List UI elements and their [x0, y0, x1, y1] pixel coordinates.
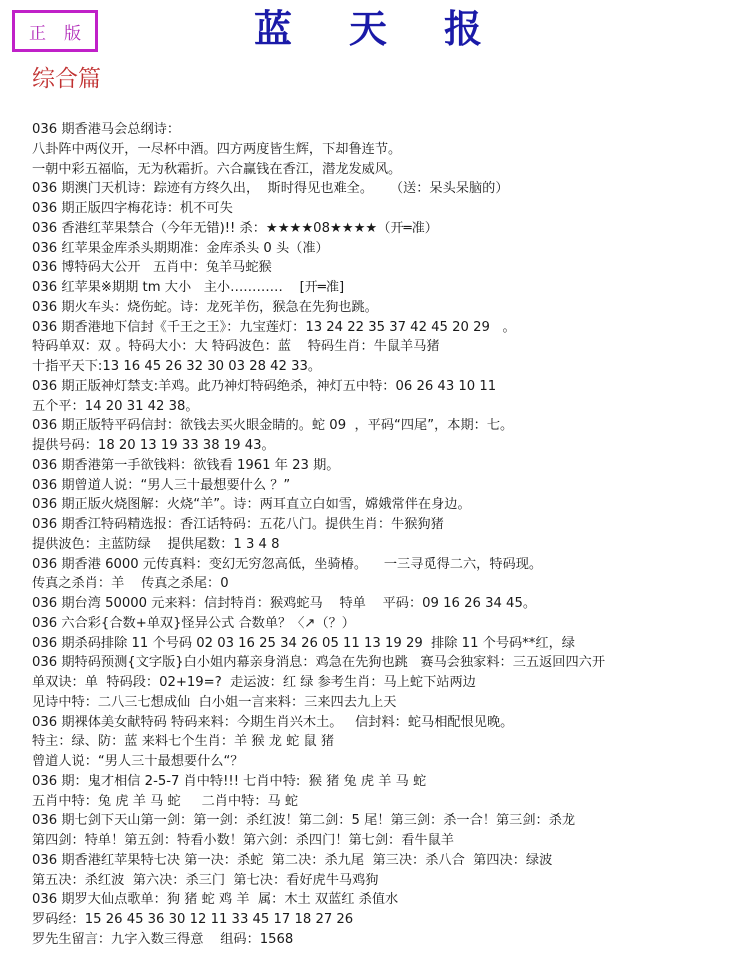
badge-char-right: 版 [64, 19, 81, 44]
masthead-char: 蓝 [248, 6, 298, 52]
text-line: 036 期香港 6000 元传真料：变幻无穷忽高低，坐骑椿。 一三寻觅得二六，特… [32, 555, 738, 575]
text-line: 036 期香港地下信封《千王之王》：九宝莲灯：13 24 22 35 37 42… [32, 318, 738, 338]
article-body: 036 期香港马会总纲诗：八卦阵中两仪开，一尽杯中酒。四方两度皆生辉，下却鲁连节… [32, 120, 738, 950]
text-line: 036 期正版特平码信封：欲钱去买火眼金睛的。蛇 09 ，平码“四尾”，本期：七… [32, 416, 738, 436]
text-line: 传真之杀肖：羊 传真之杀尾：0 [32, 574, 738, 594]
text-line: 036 博特码大公开 五肖中：兔羊马蛇猴 [32, 258, 738, 278]
text-line: 036 期特码预测{文字版}白小姐内幕亲身消息：鸡急在先狗也跳 赛马会独家料：三… [32, 653, 738, 673]
text-line: 提供波色：主蓝防绿 提供尾数：1 3 4 8 [32, 535, 738, 555]
text-line: 036 期正版神灯禁支:羊鸡。此乃神灯特码绝杀，神灯五中特：06 26 43 1… [32, 377, 738, 397]
badge-char-left: 正 [29, 19, 46, 44]
text-line: 036 香港红苹果禁合（今年无错)!! 杀：★★★★08★★★★（开═准） [32, 219, 738, 239]
text-line: 036 期澳门天机诗：踪迹有方终久出， 斯时得见也难全。 （送：呆头呆脑的） [32, 179, 738, 199]
edition-badge: 正 版 [12, 10, 98, 52]
text-line: 八卦阵中两仪开，一尽杯中酒。四方两度皆生辉，下却鲁连节。 [32, 140, 738, 160]
text-line: 一朝中彩五福临，无为秋霜折。六合赢钱在香江，潜龙发威风。 [32, 160, 738, 180]
text-line: 五肖中特：兔 虎 羊 马 蛇 二肖中特：马 蛇 [32, 792, 738, 812]
text-line: 036 期香港红苹果特七决 第一决：杀蛇 第二决：杀九尾 第三决：杀八合 第四决… [32, 851, 738, 871]
text-line: 第五决：杀红波 第六决：杀三门 第七决：看好虎牛马鸡狗 [32, 871, 738, 891]
masthead-char: 天 [343, 6, 393, 52]
text-line: 036 期正版四字梅花诗：机不可失 [32, 199, 738, 219]
section-title: 综合篇 [32, 64, 101, 94]
text-line: 036 期火车头：烧伤蛇。诗：龙死羊伤，猴急在先狗也跳。 [32, 298, 738, 318]
text-line: 036 期罗大仙点歌单：狗 猪 蛇 鸡 羊 属：木土 双蓝红 杀值水 [32, 890, 738, 910]
text-line: 036 期香港第一手欲钱料：欲钱看 1961 年 23 期。 [32, 456, 738, 476]
text-line: 036 期裸体美女献特码 特码来料：今期生肖兴木土。 信封料：蛇马相配恨见晚。 [32, 713, 738, 733]
text-line: 036 六合彩{合数+单双}怪异公式 合数单？〈↗（？） [32, 614, 738, 634]
text-line: 十指平天下:13 16 45 26 32 30 03 28 42 33。 [32, 357, 738, 377]
text-line: 第四剑：特单！第五剑：特看小数！第六剑：杀四门！第七剑：看牛鼠羊 [32, 831, 738, 851]
text-line: 提供号码：18 20 13 19 33 38 19 43。 [32, 436, 738, 456]
text-line: 036 红苹果※期期 tm 大小 主小………… [开═准] [32, 278, 738, 298]
text-line: 036 红苹果金库杀头期期准：金库杀头 0 头（准） [32, 239, 738, 259]
text-line: 见诗中特：二八三七想成仙 白小姐一言来料：三来四去九上天 [32, 693, 738, 713]
text-line: 036 期杀码排除 11 个号码 02 03 16 25 34 26 05 11… [32, 634, 738, 654]
text-line: 罗先生留言：九字入数三得意 组码：1568 [32, 930, 738, 950]
text-line: 特主：绿、防：蓝 来料七个生肖：羊 猴 龙 蛇 鼠 猪 [32, 732, 738, 752]
text-line: 罗码经：15 26 45 36 30 12 11 33 45 17 18 27 … [32, 910, 738, 930]
text-line: 五个平：14 20 31 42 38。 [32, 397, 738, 417]
text-line: 单双诀：单 特码段：02+19=? 走运波：红 绿 参考生肖：马上蛇下站两边 [32, 673, 738, 693]
masthead-char: 报 [438, 6, 488, 52]
text-line: 036 期：鬼才相信 2-5-7 肖中特!!! 七肖中特: 猴 猪 兔 虎 羊 … [32, 772, 738, 792]
text-line: 036 期正版火烧图解：火烧“羊”。诗：两耳直立白如雪，嫦娥常伴在身边。 [32, 495, 738, 515]
text-line: 曾道人说：“男人三十最想要什么“？ [32, 752, 738, 772]
text-line: 036 期香江特码精选报：香江话特码：五花八门。提供生肖：牛猴狗猪 [32, 515, 738, 535]
masthead-title: 蓝 天 报 [248, 6, 488, 52]
text-line: 036 期香港马会总纲诗： [32, 120, 738, 140]
text-line: 036 期台湾 50000 元来料：信封特肖：猴鸡蛇马 特单 平码：09 16 … [32, 594, 738, 614]
text-line: 036 期七剑下天山第一剑：第一剑：杀红波！第二剑：5 尾！第三剑：杀一合！第三… [32, 811, 738, 831]
text-line: 036 期曾道人说：“男人三十最想要什么 ？” [32, 476, 738, 496]
text-line: 特码单双：双 。特码大小：大 特码波色：蓝 特码生肖：牛鼠羊马猪 [32, 337, 738, 357]
